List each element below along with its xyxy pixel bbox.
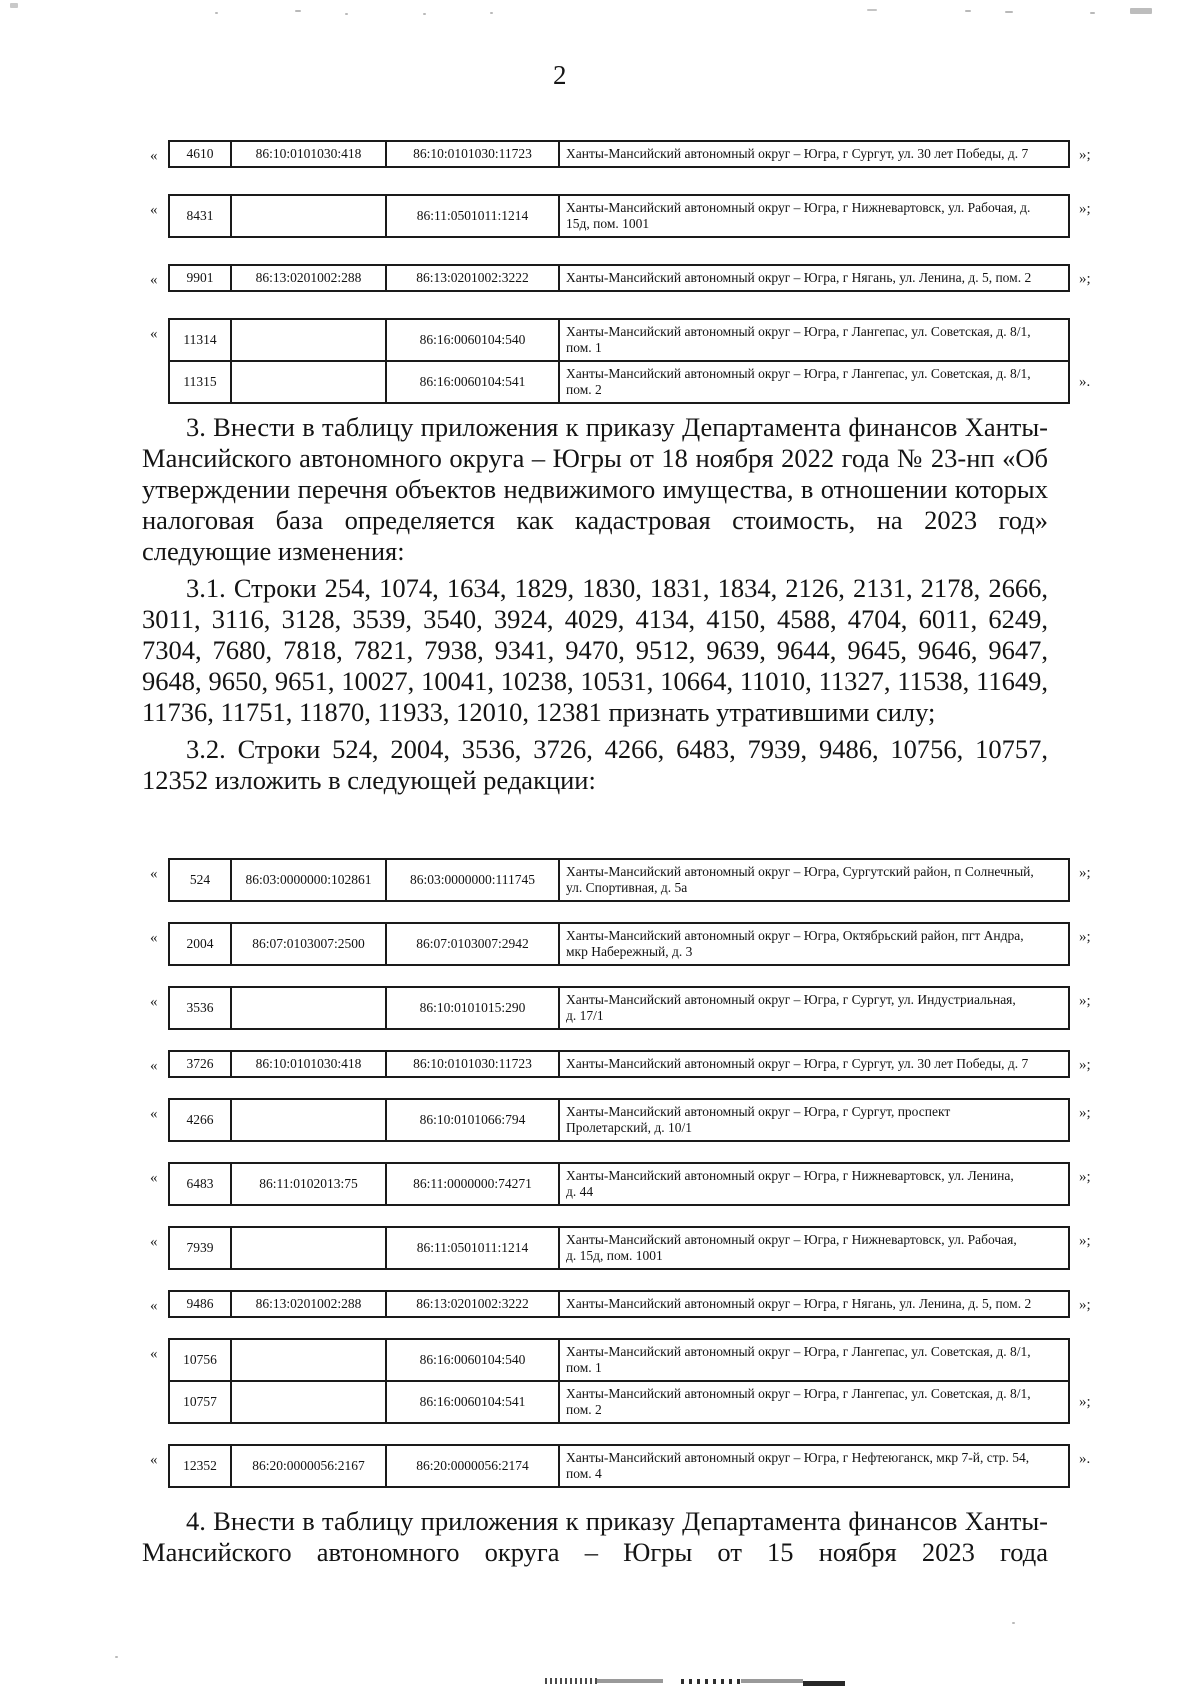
table-row: 1075686:16:0060104:540Ханты-Мансийский а… [169, 1339, 1069, 1381]
property-row-table: 426686:10:0101066:794Ханты-Мансийский ав… [168, 1098, 1070, 1142]
row-number-cell: 3726 [169, 1051, 231, 1077]
quoted-table-block: «426686:10:0101066:794Ханты-Мансийский а… [150, 1098, 1150, 1142]
row-number-cell: 6483 [169, 1163, 231, 1205]
table-row: 426686:10:0101066:794Ханты-Мансийский ав… [169, 1099, 1069, 1141]
table-row: 843186:11:0501011:1214Ханты-Мансийский а… [169, 195, 1069, 237]
cadastral-2-cell: 86:11:0501011:1214 [386, 1227, 559, 1269]
cadastral-1-cell: 86:03:0000000:102861 [231, 859, 386, 901]
cadastral-1-cell [231, 195, 386, 237]
row-number-cell: 4610 [169, 141, 231, 167]
cadastral-1-cell: 86:20:0000056:2167 [231, 1445, 386, 1487]
barcode-segment [803, 1681, 845, 1686]
scan-artifact-barcode [545, 1677, 845, 1686]
opening-quote-mark: « [150, 264, 168, 288]
address-cell: Ханты-Мансийский автономный округ – Югра… [559, 1445, 1069, 1487]
address-cell: Ханты-Мансийский автономный округ – Югра… [559, 1099, 1069, 1141]
table-row: 1131586:16:0060104:541Ханты-Мансийский а… [169, 361, 1069, 403]
cadastral-1-cell: 86:13:0201002:288 [231, 265, 386, 291]
quoted-table-block: «1075686:16:0060104:540Ханты-Мансийский … [150, 1338, 1150, 1424]
quoted-table-block: «990186:13:0201002:28886:13:0201002:3222… [150, 264, 1150, 292]
closing-quote-mark: ». [1079, 367, 1090, 404]
closing-quote-mark: »; [1079, 922, 1091, 945]
scan-noise-speck [1012, 1622, 1015, 1624]
property-row-table: 1131486:16:0060104:540Ханты-Мансийский а… [168, 318, 1070, 404]
scan-noise-speck [490, 12, 493, 14]
cadastral-1-cell [231, 1381, 386, 1423]
address-cell: Ханты-Мансийский автономный округ – Югра… [559, 361, 1069, 403]
property-row-table: 372686:10:0101030:41886:10:0101030:11723… [168, 1050, 1070, 1078]
closing-quote-mark: »; [1079, 986, 1091, 1009]
scan-noise-speck [295, 10, 301, 12]
cadastral-1-cell [231, 1227, 386, 1269]
opening-quote-mark: « [150, 1098, 168, 1122]
opening-quote-mark: « [150, 858, 168, 882]
address-cell: Ханты-Мансийский автономный округ – Югра… [559, 141, 1069, 167]
cadastral-2-cell: 86:10:0101066:794 [386, 1099, 559, 1141]
table-row: 353686:10:0101015:290Ханты-Мансийский ав… [169, 987, 1069, 1029]
address-cell: Ханты-Мансийский автономный округ – Югра… [559, 1339, 1069, 1381]
cadastral-1-cell [231, 319, 386, 361]
quoted-table-block: «1235286:20:0000056:216786:20:0000056:21… [150, 1444, 1150, 1488]
cadastral-1-cell: 86:10:0101030:418 [231, 141, 386, 167]
cadastral-2-cell: 86:10:0101030:11723 [386, 141, 559, 167]
row-number-cell: 3536 [169, 987, 231, 1029]
property-row-table: 461086:10:0101030:41886:10:0101030:11723… [168, 140, 1070, 168]
address-cell: Ханты-Мансийский автономный округ – Югра… [559, 1163, 1069, 1205]
address-cell: Ханты-Мансийский автономный округ – Югра… [559, 1051, 1069, 1077]
closing-quote-mark: »; [1079, 140, 1091, 163]
row-number-cell: 7939 [169, 1227, 231, 1269]
cadastral-2-cell: 86:16:0060104:541 [386, 361, 559, 403]
paragraph-3: 3. Внести в таблицу приложения к приказу… [142, 412, 1048, 567]
closing-quote-mark: »; [1079, 1098, 1091, 1121]
paragraph-4: 4. Внести в таблицу приложения к приказу… [142, 1506, 1048, 1568]
closing-quote-mark: »; [1079, 1226, 1091, 1249]
quoted-table-block: «461086:10:0101030:41886:10:0101030:1172… [150, 140, 1150, 168]
barcode-segment [545, 1678, 597, 1684]
row-number-cell: 11315 [169, 361, 231, 403]
table-row: 1131486:16:0060104:540Ханты-Мансийский а… [169, 319, 1069, 361]
cadastral-1-cell: 86:10:0101030:418 [231, 1051, 386, 1077]
opening-quote-mark: « [150, 318, 168, 342]
quoted-table-block: «948686:13:0201002:28886:13:0201002:3222… [150, 1290, 1150, 1318]
table-row: 52486:03:0000000:10286186:03:0000000:111… [169, 859, 1069, 901]
table-row: 948686:13:0201002:28886:13:0201002:3222Х… [169, 1291, 1069, 1317]
quoted-table-block: «372686:10:0101030:41886:10:0101030:1172… [150, 1050, 1150, 1078]
quoted-table-block: «200486:07:0103007:250086:07:0103007:294… [150, 922, 1150, 966]
scan-noise-speck [1130, 8, 1152, 14]
cadastral-1-cell [231, 1339, 386, 1381]
opening-quote-mark: « [150, 1290, 168, 1314]
table-row: 461086:10:0101030:41886:10:0101030:11723… [169, 141, 1069, 167]
scan-noise-speck [423, 13, 426, 15]
cadastral-2-cell: 86:10:0101030:11723 [386, 1051, 559, 1077]
scan-noise-speck [345, 13, 348, 15]
closing-quote-mark: »; [1079, 1162, 1091, 1185]
table-row: 1235286:20:0000056:216786:20:0000056:217… [169, 1445, 1069, 1487]
cadastral-1-cell: 86:07:0103007:2500 [231, 923, 386, 965]
quoted-table-block: «793986:11:0501011:1214Ханты-Мансийский … [150, 1226, 1150, 1270]
row-number-cell: 10757 [169, 1381, 231, 1423]
closing-quote-mark: »; [1079, 858, 1091, 881]
address-cell: Ханты-Мансийский автономный округ – Югра… [559, 987, 1069, 1029]
row-number-cell: 9486 [169, 1291, 231, 1317]
table-row: 793986:11:0501011:1214Ханты-Мансийский а… [169, 1227, 1069, 1269]
property-row-table: 648386:11:0102013:7586:11:0000000:74271Х… [168, 1162, 1070, 1206]
barcode-segment [597, 1679, 663, 1683]
address-cell: Ханты-Мансийский автономный округ – Югра… [559, 923, 1069, 965]
table-row: 1075786:16:0060104:541Ханты-Мансийский а… [169, 1381, 1069, 1423]
scan-noise-speck [215, 12, 218, 14]
address-cell: Ханты-Мансийский автономный округ – Югра… [559, 859, 1069, 901]
property-row-table: 990186:13:0201002:28886:13:0201002:3222Х… [168, 264, 1070, 292]
cadastral-1-cell [231, 361, 386, 403]
amended-rows-group-2: «52486:03:0000000:10286186:03:0000000:11… [150, 858, 1150, 1508]
closing-quote-mark: »; [1079, 1387, 1091, 1424]
row-number-cell: 10756 [169, 1339, 231, 1381]
scan-noise-speck [965, 10, 971, 12]
clause-3-text-block: 3. Внести в таблицу приложения к приказу… [142, 412, 1048, 802]
row-number-cell: 524 [169, 859, 231, 901]
closing-quote-mark: ». [1079, 1444, 1090, 1467]
row-number-cell: 2004 [169, 923, 231, 965]
quoted-table-block: «843186:11:0501011:1214Ханты-Мансийский … [150, 194, 1150, 238]
cadastral-2-cell: 86:20:0000056:2174 [386, 1445, 559, 1487]
quoted-table-block: «52486:03:0000000:10286186:03:0000000:11… [150, 858, 1150, 902]
table-row: 372686:10:0101030:41886:10:0101030:11723… [169, 1051, 1069, 1077]
property-row-table: 353686:10:0101015:290Ханты-Мансийский ав… [168, 986, 1070, 1030]
opening-quote-mark: « [150, 1050, 168, 1074]
clause-4-text-block: 4. Внести в таблицу приложения к приказу… [142, 1506, 1048, 1574]
opening-quote-mark: « [150, 1444, 168, 1468]
scan-noise-speck [1005, 11, 1013, 13]
cadastral-2-cell: 86:11:0000000:74271 [386, 1163, 559, 1205]
scan-noise-speck [10, 3, 18, 8]
scanned-document-page: 2 «461086:10:0101030:41886:10:0101030:11… [0, 0, 1200, 1686]
closing-quote-mark: »; [1079, 194, 1091, 217]
quoted-table-block: «1131486:16:0060104:540Ханты-Мансийский … [150, 318, 1150, 404]
opening-quote-mark: « [150, 140, 168, 164]
table-row: 200486:07:0103007:250086:07:0103007:2942… [169, 923, 1069, 965]
row-number-cell: 12352 [169, 1445, 231, 1487]
cadastral-2-cell: 86:16:0060104:541 [386, 1381, 559, 1423]
cadastral-2-cell: 86:03:0000000:111745 [386, 859, 559, 901]
cadastral-2-cell: 86:10:0101015:290 [386, 987, 559, 1029]
cadastral-1-cell [231, 987, 386, 1029]
opening-quote-mark: « [150, 194, 168, 218]
property-row-table: 200486:07:0103007:250086:07:0103007:2942… [168, 922, 1070, 966]
cadastral-1-cell [231, 1099, 386, 1141]
opening-quote-mark: « [150, 1226, 168, 1250]
cadastral-1-cell: 86:13:0201002:288 [231, 1291, 386, 1317]
cadastral-2-cell: 86:11:0501011:1214 [386, 195, 559, 237]
opening-quote-mark: « [150, 922, 168, 946]
table-row: 648386:11:0102013:7586:11:0000000:74271Х… [169, 1163, 1069, 1205]
scan-noise-speck [115, 1656, 118, 1658]
quoted-table-block: «353686:10:0101015:290Ханты-Мансийский а… [150, 986, 1150, 1030]
address-cell: Ханты-Мансийский автономный округ – Югра… [559, 195, 1069, 237]
address-cell: Ханты-Мансийский автономный округ – Югра… [559, 1381, 1069, 1423]
barcode-segment [741, 1679, 803, 1683]
row-number-cell: 8431 [169, 195, 231, 237]
scan-noise-speck [1090, 12, 1095, 14]
amended-rows-group-1: «461086:10:0101030:41886:10:0101030:1172… [150, 140, 1150, 430]
closing-quote-mark: »; [1079, 264, 1091, 287]
paragraph-3-1: 3.1. Строки 254, 1074, 1634, 1829, 1830,… [142, 573, 1048, 728]
row-number-cell: 4266 [169, 1099, 231, 1141]
cadastral-2-cell: 86:16:0060104:540 [386, 1339, 559, 1381]
table-row: 990186:13:0201002:28886:13:0201002:3222Х… [169, 265, 1069, 291]
property-row-table: 1075686:16:0060104:540Ханты-Мансийский а… [168, 1338, 1070, 1424]
property-row-table: 1235286:20:0000056:216786:20:0000056:217… [168, 1444, 1070, 1488]
cadastral-2-cell: 86:16:0060104:540 [386, 319, 559, 361]
address-cell: Ханты-Мансийский автономный округ – Югра… [559, 1291, 1069, 1317]
opening-quote-mark: « [150, 986, 168, 1010]
property-row-table: 793986:11:0501011:1214Ханты-Мансийский а… [168, 1226, 1070, 1270]
address-cell: Ханты-Мансийский автономный округ – Югра… [559, 265, 1069, 291]
closing-quote-mark: »; [1079, 1050, 1091, 1073]
property-row-table: 843186:11:0501011:1214Ханты-Мансийский а… [168, 194, 1070, 238]
property-row-table: 52486:03:0000000:10286186:03:0000000:111… [168, 858, 1070, 902]
row-number-cell: 9901 [169, 265, 231, 291]
address-cell: Ханты-Мансийский автономный округ – Югра… [559, 1227, 1069, 1269]
barcode-segment [681, 1679, 741, 1684]
property-row-table: 948686:13:0201002:28886:13:0201002:3222Х… [168, 1290, 1070, 1318]
cadastral-1-cell: 86:11:0102013:75 [231, 1163, 386, 1205]
opening-quote-mark: « [150, 1162, 168, 1186]
opening-quote-mark: « [150, 1338, 168, 1362]
scan-noise-speck [867, 9, 877, 11]
closing-quote-mark: »; [1079, 1290, 1091, 1313]
quoted-table-block: «648386:11:0102013:7586:11:0000000:74271… [150, 1162, 1150, 1206]
cadastral-2-cell: 86:07:0103007:2942 [386, 923, 559, 965]
row-number-cell: 11314 [169, 319, 231, 361]
page-number: 2 [0, 60, 1120, 91]
cadastral-2-cell: 86:13:0201002:3222 [386, 1291, 559, 1317]
paragraph-3-2: 3.2. Строки 524, 2004, 3536, 3726, 4266,… [142, 734, 1048, 796]
cadastral-2-cell: 86:13:0201002:3222 [386, 265, 559, 291]
address-cell: Ханты-Мансийский автономный округ – Югра… [559, 319, 1069, 361]
